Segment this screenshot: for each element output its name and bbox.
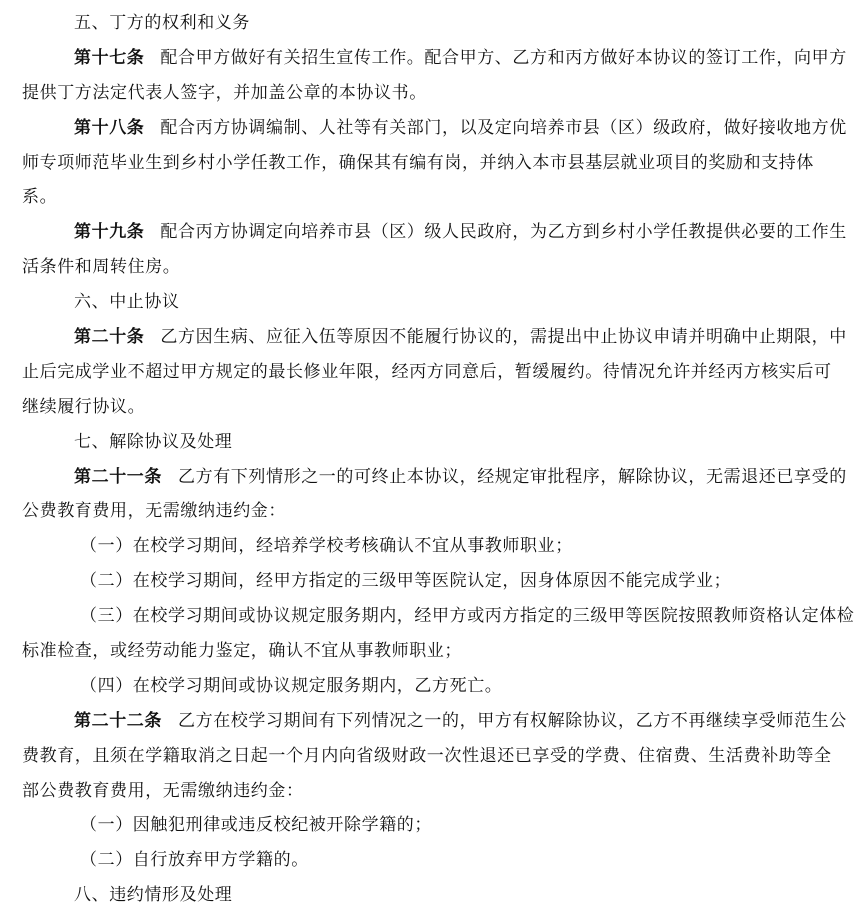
article-18-cont: 师专项师范毕业生到乡村小学任教工作，确保其有编有岗，并纳入本市县基层就业项目的奖… [22,146,842,181]
article-label: 第二十条 [74,327,144,347]
section-heading-6: 六、中止协议 [22,285,842,320]
article-text: 配合丙方协调定向培养市县（区）级人民政府，为乙方到乡村小学任教提供必要的工作生 [160,222,846,242]
article-text: 配合丙方协调编制、人社等有关部门，以及定向培养市县（区）级政府，做好接收地方优 [160,118,846,138]
list-item: （二）自行放弃甲方学籍的。 [22,843,842,878]
article-22: 第二十二条乙方在校学习期间有下列情况之一的，甲方有权解除协议，乙方不再继续享受师… [22,704,842,739]
article-label: 第十九条 [74,222,144,242]
article-17: 第十七条配合甲方做好有关招生宣传工作。配合甲方、乙方和丙方做好本协议的签订工作，… [22,41,842,76]
article-22-cont: 部公费教育费用，无需缴纳违约金： [22,774,842,809]
list-item-cont: 标准检查，或经劳动能力鉴定，确认不宜从事教师职业； [22,634,842,669]
section-heading-7: 七、解除协议及处理 [22,425,842,460]
article-18: 第十八条配合丙方协调编制、人社等有关部门，以及定向培养市县（区）级政府，做好接收… [22,111,842,146]
article-text: 乙方有下列情形之一的可终止本协议，经规定审批程序，解除协议，无需退还已享受的 [178,467,847,487]
article-text: 乙方因生病、应征入伍等原因不能履行协议的，需提出中止协议申请并明确中止期限，中 [160,327,846,347]
document-body: 五、丁方的权利和义务 第十七条配合甲方做好有关招生宣传工作。配合甲方、乙方和丙方… [22,6,842,913]
section-heading-5: 五、丁方的权利和义务 [22,6,842,41]
article-19: 第十九条配合丙方协调定向培养市县（区）级人民政府，为乙方到乡村小学任教提供必要的… [22,215,842,250]
article-22-cont: 费教育，且须在学籍取消之日起一个月内向省级财政一次性退还已享受的学费、住宿费、生… [22,739,842,774]
article-18-cont: 系。 [22,180,842,215]
article-text: 乙方在校学习期间有下列情况之一的，甲方有权解除协议，乙方不再继续享受师范生公 [178,711,847,731]
list-item: （二）在校学习期间，经甲方指定的三级甲等医院认定，因身体原因不能完成学业； [22,564,842,599]
article-20-cont: 继续履行协议。 [22,390,842,425]
article-label: 第十八条 [74,118,144,138]
article-label: 第二十一条 [74,467,162,487]
article-19-cont: 活条件和周转住房。 [22,250,842,285]
list-item: （四）在校学习期间或协议规定服务期内，乙方死亡。 [22,669,842,704]
article-21-cont: 公费教育费用，无需缴纳违约金： [22,494,842,529]
article-20: 第二十条乙方因生病、应征入伍等原因不能履行协议的，需提出中止协议申请并明确中止期… [22,320,842,355]
list-item: （一）因触犯刑律或违反校纪被开除学籍的； [22,808,842,843]
list-item: （三）在校学习期间或协议规定服务期内，经甲方或丙方指定的三级甲等医院按照教师资格… [22,599,842,634]
section-heading-8: 八、违约情形及处理 [22,878,842,913]
article-label: 第二十二条 [74,711,162,731]
article-17-cont: 提供丁方法定代表人签字，并加盖公章的本协议书。 [22,76,842,111]
article-label: 第十七条 [74,48,144,68]
article-21: 第二十一条乙方有下列情形之一的可终止本协议，经规定审批程序，解除协议，无需退还已… [22,460,842,495]
article-20-cont: 止后完成学业不超过甲方规定的最长修业年限，经丙方同意后，暂缓履约。待情况允许并经… [22,355,842,390]
article-text: 配合甲方做好有关招生宣传工作。配合甲方、乙方和丙方做好本协议的签订工作，向甲方 [160,48,846,68]
list-item: （一）在校学习期间，经培养学校考核确认不宜从事教师职业； [22,529,842,564]
